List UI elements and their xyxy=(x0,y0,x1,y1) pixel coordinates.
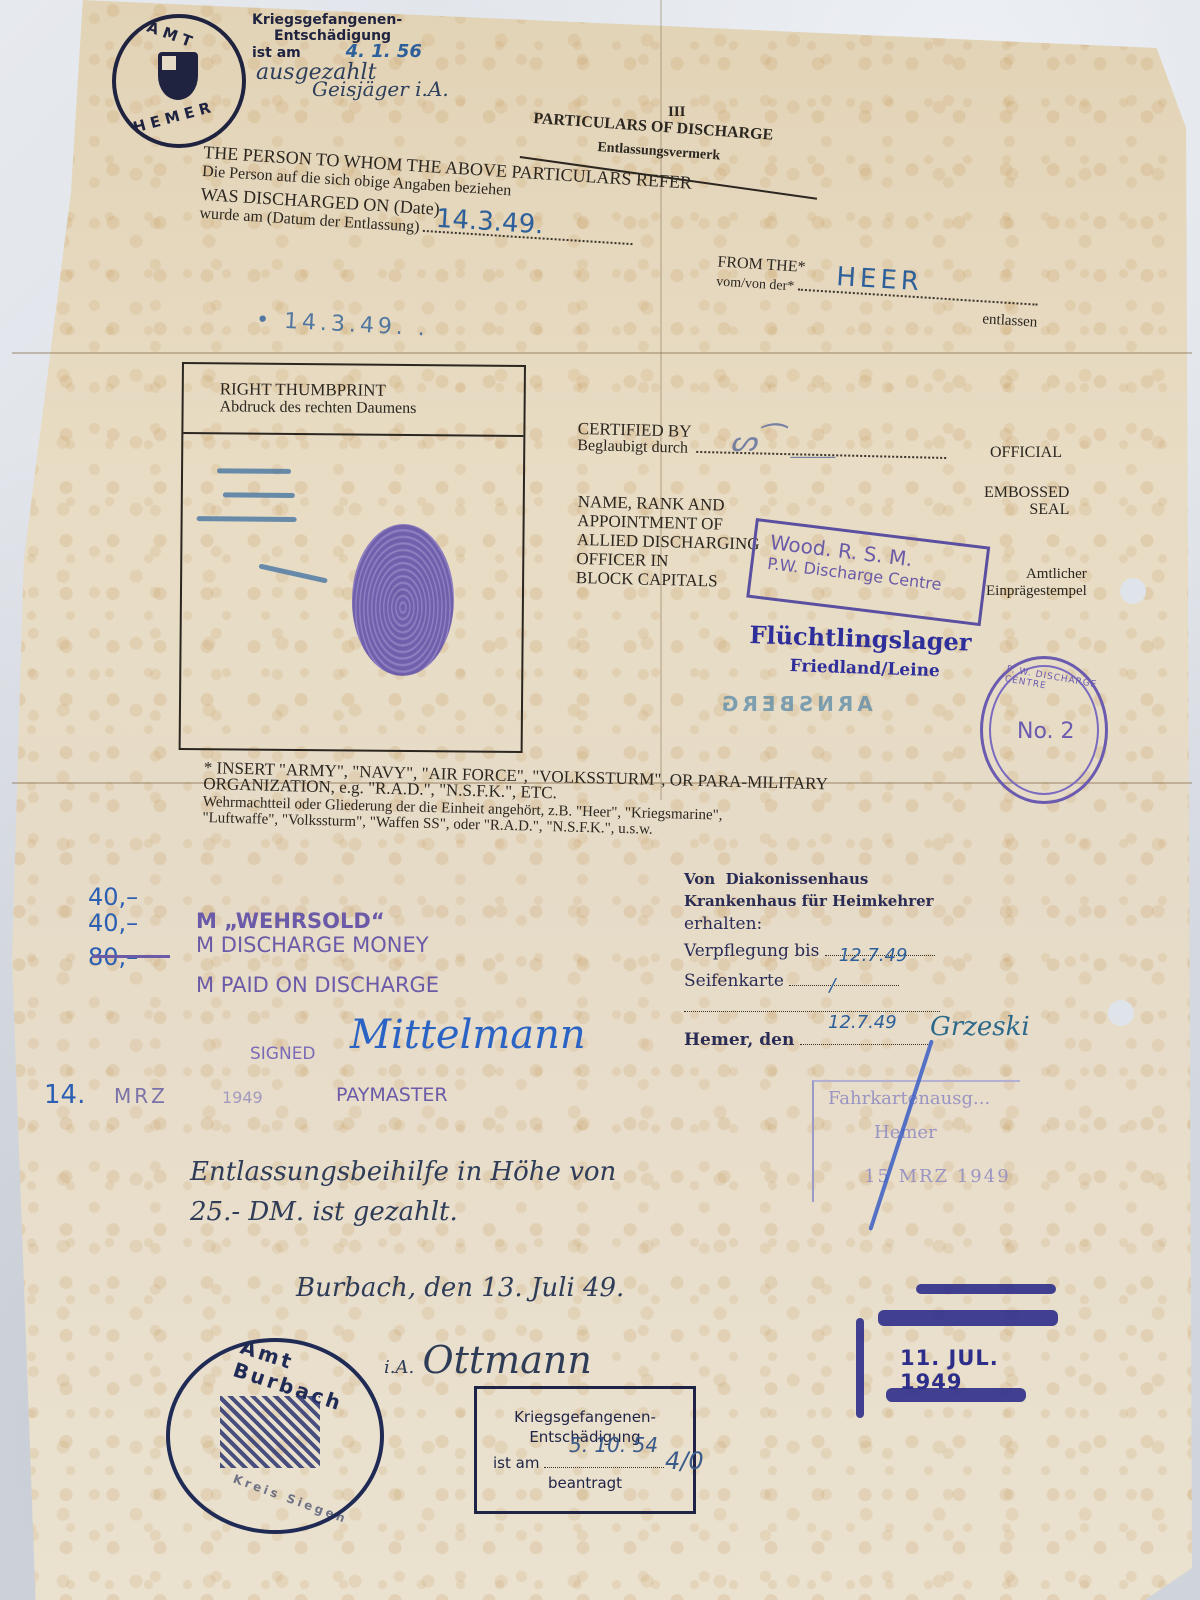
thumbprint-header: RIGHT THUMBPRINT Abdruck des rechten Dau… xyxy=(183,364,524,437)
embossed-seal-label: EMBOSSED SEAL xyxy=(984,484,1069,518)
signed-label: SIGNED xyxy=(250,1044,316,1064)
date-stamp: 11. JUL. 1949 xyxy=(856,1290,1066,1420)
payment-day: 14. xyxy=(44,1080,85,1110)
seal-bottom-text: HEMER xyxy=(131,97,217,136)
branch-value: HEER xyxy=(836,267,924,292)
amount-discharge-money: 40,– xyxy=(88,904,138,942)
ink-smear xyxy=(197,516,297,522)
certifier-signature: ᔕ⁀ ___ xyxy=(730,424,835,459)
handwritten-payment-note: Entlassungsbeihilfe in Höhe von 25.- DM.… xyxy=(190,1152,616,1232)
thumbprint-box: RIGHT THUMBPRINT Abdruck des rechten Dau… xyxy=(179,362,526,753)
discharge-date: 14.3.49. xyxy=(435,209,544,236)
thumbprint-impression xyxy=(351,523,454,676)
official-seal-label: OFFICIAL xyxy=(990,444,1062,461)
compensation-date: 5. 10. 54 xyxy=(569,1435,658,1455)
hospital-signature: Grzeski xyxy=(930,1012,1030,1042)
paymaster-signature: Mittelmann xyxy=(350,1012,586,1058)
mirrored-stamp: ARNSBERG xyxy=(718,692,873,716)
punch-hole xyxy=(1120,578,1146,604)
seal-top-text: AMT xyxy=(144,18,199,53)
discharge-centre-seal: P. W. DISCHARGE CENTRE No. 2 xyxy=(980,656,1108,804)
handwritten-signature-block: i.A. Ottmann xyxy=(384,1340,592,1388)
compensation-stamp-bottom: Kriegsgefangenen- Entschädigung ist am b… xyxy=(474,1386,696,1514)
ink-smear xyxy=(217,468,291,474)
coat-of-arms-icon xyxy=(158,52,198,100)
punch-hole xyxy=(1108,1000,1134,1026)
fold-line xyxy=(12,352,1192,354)
paymaster-label: PAYMASTER xyxy=(336,1084,448,1106)
hemer-date-row: Hemer, den xyxy=(684,1030,930,1050)
payment-month: MRZ xyxy=(114,1084,168,1108)
officer-label: NAME, RANK AND APPOINTMENT OF ALLIED DIS… xyxy=(576,492,761,591)
handwritten-date: 4. 1. 56 xyxy=(346,41,422,62)
sum-line xyxy=(92,955,170,958)
ink-smear xyxy=(223,492,295,498)
coat-of-arms-icon xyxy=(220,1396,320,1468)
section-number: III xyxy=(668,104,686,121)
amt-burbach-seal: Amt Burbach Kreis Siegen xyxy=(166,1338,384,1534)
faint-ticket-stamp: Fahrkartenausg... Hemer 15 MRZ 1949 xyxy=(812,1080,1020,1202)
einpraege-label: Amtlicher Einprägestempel xyxy=(986,566,1087,600)
payment-stamp: M „WEHRSOLD“ M DISCHARGE MONEY M PAID ON… xyxy=(196,904,439,1002)
verpflegung-date: 12.7.49 xyxy=(839,941,908,971)
payment-amounts: 40,– 40,– 80,– xyxy=(88,878,138,976)
amt-hemer-seal: AMT HEMER xyxy=(112,14,246,148)
compensation-stamp-top: Kriegsgefangenen- Entschädigung ist am 4… xyxy=(252,12,449,97)
hospital-stamp: Von Diakonissenhaus Krankenhaus für Heim… xyxy=(684,868,940,1018)
ink-smear xyxy=(258,563,327,583)
seifenkarte-value: / xyxy=(829,971,835,1001)
payment-year: 1949 xyxy=(222,1088,263,1107)
compensation-note: 4/0 xyxy=(665,1451,704,1471)
hemer-date: 12.7.49 xyxy=(828,1012,897,1033)
handwritten-place-date: Burbach, den 13. Juli 49. xyxy=(296,1268,624,1308)
